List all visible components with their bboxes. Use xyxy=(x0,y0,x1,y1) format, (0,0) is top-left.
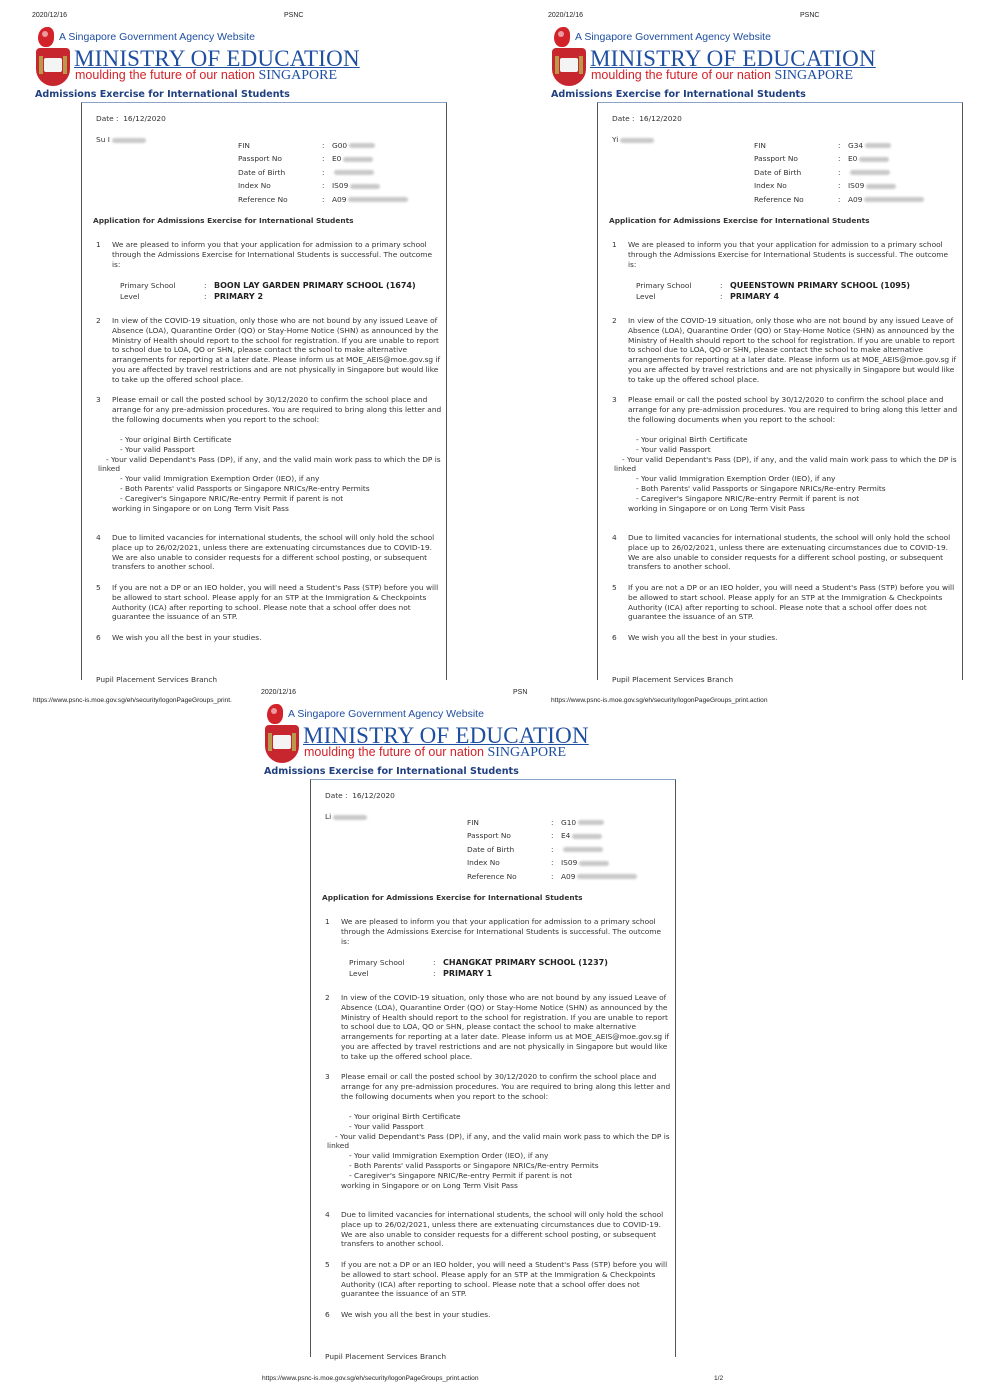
paragraph-6: 6We wish you all the best in your studie… xyxy=(96,633,442,643)
print-date: 2020/12/16 xyxy=(261,689,296,696)
id-value: G34 xyxy=(848,141,863,151)
id-row-passport: Passport No:E0 xyxy=(754,153,924,167)
paragraph-text: We are pleased to inform you that your a… xyxy=(628,240,958,269)
document-item: - Your valid Immigration Exemption Order… xyxy=(628,474,958,484)
section-heading: Application for Admissions Exercise for … xyxy=(609,216,870,226)
date-value: 16/12/2020 xyxy=(123,114,166,123)
paragraph-number: 6 xyxy=(612,633,628,643)
id-label: FIN xyxy=(467,818,551,828)
paragraph-text: We are pleased to inform you that your a… xyxy=(112,240,442,269)
paragraph-number: 1 xyxy=(612,240,628,269)
id-row-reference: Reference No:A09 xyxy=(467,870,637,884)
id-label: Date of Birth xyxy=(238,168,322,178)
paragraph-text: In view of the COVID-19 situation, only … xyxy=(112,316,442,385)
paragraph-number: 3 xyxy=(96,395,112,424)
id-row-dob: Date of Birth: xyxy=(467,843,637,857)
student-name: Yi xyxy=(612,135,654,145)
page-number: 1/2 xyxy=(714,1375,723,1382)
footer-url: https://www.psnc-is.moe.gov.sg/eh/securi… xyxy=(262,1375,478,1382)
gov-agency-text: A Singapore Government Agency Website xyxy=(288,708,484,720)
redacted-value xyxy=(348,197,408,202)
id-row-reference: Reference No:A09 xyxy=(238,193,408,207)
section-heading: Application for Admissions Exercise for … xyxy=(93,216,354,226)
outcome-school-row: Primary School:BOON LAY GARDEN PRIMARY S… xyxy=(120,280,416,291)
paragraph-number: 4 xyxy=(96,533,112,572)
paragraph-text: Due to limited vacancies for internation… xyxy=(112,533,442,572)
letter-body: Date : 16/12/2020 Li FIN:G10 Passport No… xyxy=(310,779,676,1357)
date-label: Date : xyxy=(612,114,635,123)
print-date: 2020/12/16 xyxy=(548,12,583,19)
id-label: Passport No xyxy=(467,831,551,841)
lion-head-icon xyxy=(267,704,283,724)
section-heading: Application for Admissions Exercise for … xyxy=(322,893,583,903)
posted-school: QUEENSTOWN PRIMARY SCHOOL (1095) xyxy=(730,281,910,291)
student-name: Li xyxy=(325,812,367,822)
redacted-value xyxy=(850,170,890,175)
redacted-value xyxy=(577,874,637,879)
document-item: - Your original Birth Certificate xyxy=(628,435,958,445)
document-item: - Caregiver's Singapore NRIC/Re-entry Pe… xyxy=(341,1171,581,1191)
outcome-level-row: Level:PRIMARY 4 xyxy=(636,291,910,302)
letter-page: 2020/12/16 PSNC A Singapore Government A… xyxy=(0,0,440,690)
document-item: - Caregiver's Singapore NRIC/Re-entry Pe… xyxy=(628,494,868,514)
document-item: - Your valid Immigration Exemption Order… xyxy=(112,474,442,484)
outcome-label: Level xyxy=(349,969,433,979)
paragraph-text: If you are not a DP or an IEO holder, yo… xyxy=(628,583,958,622)
redacted-value xyxy=(866,184,896,189)
print-date: 2020/12/16 xyxy=(32,12,67,19)
gov-agency-text: A Singapore Government Agency Website xyxy=(575,31,771,43)
ministry-motto: moulding the future of our nation SINGAP… xyxy=(75,68,337,84)
letter-page: 2020/12/16 PSNC A Singapore Government A… xyxy=(516,0,956,690)
redacted-value xyxy=(865,143,891,148)
paragraph-number: 6 xyxy=(96,633,112,643)
redacted-value xyxy=(343,157,373,162)
paragraph-6: 6We wish you all the best in your studie… xyxy=(325,1310,671,1320)
lion-head-icon xyxy=(554,27,570,47)
document-item: - Your valid Immigration Exemption Order… xyxy=(341,1151,671,1161)
id-label: Passport No xyxy=(754,154,838,164)
document-item: - Both Parents' valid Passports or Singa… xyxy=(628,484,958,494)
name-prefix: Li xyxy=(325,812,331,821)
paragraph-number: 2 xyxy=(325,993,341,1062)
paragraph-text: Please email or call the posted school b… xyxy=(112,395,442,424)
paragraph-4: 4Due to limited vacancies for internatio… xyxy=(96,533,442,572)
redacted-value xyxy=(350,184,380,189)
id-label: Date of Birth xyxy=(754,168,838,178)
id-value: G10 xyxy=(561,818,576,828)
ministry-motto: moulding the future of our nation SINGAP… xyxy=(304,745,566,761)
document-item: - Caregiver's Singapore NRIC/Re-entry Pe… xyxy=(112,494,352,514)
placement-outcome: Primary School:BOON LAY GARDEN PRIMARY S… xyxy=(120,280,416,302)
footer-url: https://www.psnc-is.moe.gov.sg/eh/securi… xyxy=(33,697,232,704)
exercise-title: Admissions Exercise for International St… xyxy=(551,89,806,100)
paragraph-number: 5 xyxy=(325,1260,341,1299)
paragraph-number: 3 xyxy=(325,1072,341,1101)
id-value: A09 xyxy=(332,195,346,205)
id-value: A09 xyxy=(848,195,862,205)
paragraph-number: 1 xyxy=(325,917,341,946)
paragraph-4: 4Due to limited vacancies for internatio… xyxy=(612,533,958,572)
document-item: - Your valid Passport xyxy=(112,445,442,455)
paragraph-text: In view of the COVID-19 situation, only … xyxy=(628,316,958,385)
exercise-title: Admissions Exercise for International St… xyxy=(264,766,519,777)
redacted-value xyxy=(864,197,924,202)
paragraph-number: 6 xyxy=(325,1310,341,1320)
id-value: IS09 xyxy=(332,181,348,191)
id-value: IS09 xyxy=(561,858,577,868)
redacted-value xyxy=(579,861,609,866)
redacted-value xyxy=(349,143,375,148)
paragraph-1: 1We are pleased to inform you that your … xyxy=(96,240,442,269)
paragraph-number: 5 xyxy=(612,583,628,622)
redacted-value xyxy=(578,820,604,825)
paragraph-1: 1We are pleased to inform you that your … xyxy=(612,240,958,269)
required-documents-list: - Your original Birth Certificate - Your… xyxy=(628,435,958,513)
placement-outcome: Primary School:CHANGKAT PRIMARY SCHOOL (… xyxy=(349,957,608,979)
paragraph-number: 3 xyxy=(612,395,628,424)
student-name: Su I xyxy=(96,135,146,145)
paragraph-text: Please email or call the posted school b… xyxy=(628,395,958,424)
motto-text: moulding the future of our nation xyxy=(75,68,255,82)
lion-head-icon xyxy=(38,27,54,47)
paragraph-number: 4 xyxy=(612,533,628,572)
id-value: IS09 xyxy=(848,181,864,191)
id-row-dob: Date of Birth: xyxy=(238,166,408,180)
id-value: E0 xyxy=(848,154,857,164)
posted-level: PRIMARY 2 xyxy=(214,292,263,302)
id-row-passport: Passport No:E4 xyxy=(467,830,637,844)
document-item: - Both Parents' valid Passports or Singa… xyxy=(341,1161,671,1171)
name-prefix: Su I xyxy=(96,135,110,144)
required-documents-list: - Your original Birth Certificate - Your… xyxy=(341,1112,671,1190)
posted-school: CHANGKAT PRIMARY SCHOOL (1237) xyxy=(443,958,608,968)
id-label: Passport No xyxy=(238,154,322,164)
id-row-fin: FIN:G34 xyxy=(754,139,924,153)
date-value: 16/12/2020 xyxy=(639,114,682,123)
student-identifiers: FIN:G34 Passport No:E0 Date of Birth: In… xyxy=(754,139,924,207)
student-identifiers: FIN:G00 Passport No:E0 Date of Birth: In… xyxy=(238,139,408,207)
id-value: E0 xyxy=(332,154,341,164)
paragraph-text: If you are not a DP or an IEO holder, yo… xyxy=(112,583,442,622)
letter-date: Date : 16/12/2020 xyxy=(325,791,395,801)
motto-text: moulding the future of our nation xyxy=(304,745,484,759)
paragraph-text: We wish you all the best in your studies… xyxy=(341,1310,671,1320)
paragraph-3: 3Please email or call the posted school … xyxy=(612,395,958,424)
letter-page: 2020/12/16 PSN A Singapore Government Ag… xyxy=(229,677,669,1367)
id-label: Index No xyxy=(238,181,322,191)
outcome-label: Primary School xyxy=(120,281,204,291)
id-row-fin: FIN:G10 xyxy=(467,816,637,830)
paragraph-3: 3Please email or call the posted school … xyxy=(96,395,442,424)
paragraph-text: We wish you all the best in your studies… xyxy=(628,633,958,643)
paragraph-2: 2In view of the COVID-19 situation, only… xyxy=(612,316,958,385)
signoff-branch: Pupil Placement Services Branch xyxy=(325,1352,446,1362)
id-row-fin: FIN:G00 xyxy=(238,139,408,153)
paragraph-4: 4Due to limited vacancies for internatio… xyxy=(325,1210,671,1249)
redacted-value xyxy=(563,847,603,852)
required-documents-list: - Your original Birth Certificate - Your… xyxy=(112,435,442,513)
id-label: Reference No xyxy=(754,195,838,205)
print-source: PSNC xyxy=(800,12,819,19)
outcome-level-row: Level:PRIMARY 1 xyxy=(349,968,608,979)
paragraph-3: 3Please email or call the posted school … xyxy=(325,1072,671,1101)
paragraph-number: 4 xyxy=(325,1210,341,1249)
id-label: Index No xyxy=(754,181,838,191)
placement-outcome: Primary School:QUEENSTOWN PRIMARY SCHOOL… xyxy=(636,280,910,302)
paragraph-5: 5If you are not a DP or an IEO holder, y… xyxy=(325,1260,671,1299)
paragraph-5: 5If you are not a DP or an IEO holder, y… xyxy=(612,583,958,622)
paragraph-text: We wish you all the best in your studies… xyxy=(112,633,442,643)
letter-date: Date : 16/12/2020 xyxy=(612,114,682,124)
date-label: Date : xyxy=(96,114,119,123)
document-item: - Your valid Dependant's Pass (DP), if a… xyxy=(614,455,958,475)
outcome-school-row: Primary School:QUEENSTOWN PRIMARY SCHOOL… xyxy=(636,280,910,291)
ministry-motto: moulding the future of our nation SINGAP… xyxy=(591,68,853,84)
id-label: Index No xyxy=(467,858,551,868)
paragraph-1: 1We are pleased to inform you that your … xyxy=(325,917,671,946)
id-value: G00 xyxy=(332,141,347,151)
id-label: FIN xyxy=(754,141,838,151)
redacted-value xyxy=(334,170,374,175)
redacted-name xyxy=(112,138,146,143)
paragraph-text: We are pleased to inform you that your a… xyxy=(341,917,671,946)
posted-level: PRIMARY 1 xyxy=(443,969,492,979)
redacted-value xyxy=(572,834,602,839)
outcome-school-row: Primary School:CHANGKAT PRIMARY SCHOOL (… xyxy=(349,957,608,968)
paragraph-2: 2In view of the COVID-19 situation, only… xyxy=(325,993,671,1062)
outcome-label: Primary School xyxy=(636,281,720,291)
paragraph-number: 2 xyxy=(96,316,112,385)
redacted-name xyxy=(620,138,654,143)
document-item: - Your original Birth Certificate xyxy=(341,1112,671,1122)
id-label: FIN xyxy=(238,141,322,151)
document-item: - Your valid Dependant's Pass (DP), if a… xyxy=(98,455,442,475)
document-item: - Your valid Passport xyxy=(341,1122,671,1132)
motto-country: SINGAPORE xyxy=(258,68,337,83)
id-value: A09 xyxy=(561,872,575,882)
moe-crest-icon xyxy=(552,48,586,86)
redacted-name xyxy=(333,815,367,820)
paragraph-text: In view of the COVID-19 situation, only … xyxy=(341,993,671,1062)
letter-body: Date : 16/12/2020 Su I FIN:G00 Passport … xyxy=(81,102,447,680)
id-row-index: Index No:IS09 xyxy=(238,180,408,194)
paragraph-number: 5 xyxy=(96,583,112,622)
outcome-level-row: Level:PRIMARY 2 xyxy=(120,291,416,302)
paragraph-text: If you are not a DP or an IEO holder, yo… xyxy=(341,1260,671,1299)
print-source: PSNC xyxy=(284,12,303,19)
paragraph-text: Please email or call the posted school b… xyxy=(341,1072,671,1101)
paragraph-number: 1 xyxy=(96,240,112,269)
id-row-index: Index No:IS09 xyxy=(754,180,924,194)
date-value: 16/12/2020 xyxy=(352,791,395,800)
paragraph-text: Due to limited vacancies for internation… xyxy=(341,1210,671,1249)
posted-school: BOON LAY GARDEN PRIMARY SCHOOL (1674) xyxy=(214,281,416,291)
gov-agency-banner: A Singapore Government Agency Website xyxy=(38,26,255,48)
student-identifiers: FIN:G10 Passport No:E4 Date of Birth: In… xyxy=(467,816,637,884)
id-row-index: Index No:IS09 xyxy=(467,857,637,871)
document-item: - Both Parents' valid Passports or Singa… xyxy=(112,484,442,494)
document-item: - Your valid Passport xyxy=(628,445,958,455)
motto-country: SINGAPORE xyxy=(774,68,853,83)
id-row-dob: Date of Birth: xyxy=(754,166,924,180)
moe-crest-icon xyxy=(265,725,299,763)
paragraph-2: 2In view of the COVID-19 situation, only… xyxy=(96,316,442,385)
document-item: - Your valid Dependant's Pass (DP), if a… xyxy=(327,1132,671,1152)
id-label: Reference No xyxy=(467,872,551,882)
id-label: Date of Birth xyxy=(467,845,551,855)
document-item: - Your original Birth Certificate xyxy=(112,435,442,445)
redacted-value xyxy=(859,157,889,162)
id-row-reference: Reference No:A09 xyxy=(754,193,924,207)
letter-date: Date : 16/12/2020 xyxy=(96,114,166,124)
gov-agency-banner: A Singapore Government Agency Website xyxy=(267,703,484,725)
motto-text: moulding the future of our nation xyxy=(591,68,771,82)
outcome-label: Level xyxy=(120,292,204,302)
id-label: Reference No xyxy=(238,195,322,205)
id-value: E4 xyxy=(561,831,570,841)
posted-level: PRIMARY 4 xyxy=(730,292,779,302)
name-prefix: Yi xyxy=(612,135,618,144)
date-label: Date : xyxy=(325,791,348,800)
outcome-label: Level xyxy=(636,292,720,302)
exercise-title: Admissions Exercise for International St… xyxy=(35,89,290,100)
gov-agency-text: A Singapore Government Agency Website xyxy=(59,31,255,43)
outcome-label: Primary School xyxy=(349,958,433,968)
paragraph-text: Due to limited vacancies for internation… xyxy=(628,533,958,572)
letter-body: Date : 16/12/2020 Yi FIN:G34 Passport No… xyxy=(597,102,963,680)
id-row-passport: Passport No:E0 xyxy=(238,153,408,167)
paragraph-5: 5If you are not a DP or an IEO holder, y… xyxy=(96,583,442,622)
motto-country: SINGAPORE xyxy=(487,745,566,760)
paragraph-6: 6We wish you all the best in your studie… xyxy=(612,633,958,643)
moe-crest-icon xyxy=(36,48,70,86)
print-source: PSN xyxy=(513,689,527,696)
gov-agency-banner: A Singapore Government Agency Website xyxy=(554,26,771,48)
paragraph-number: 2 xyxy=(612,316,628,385)
signoff-branch: Pupil Placement Services Branch xyxy=(96,675,217,685)
